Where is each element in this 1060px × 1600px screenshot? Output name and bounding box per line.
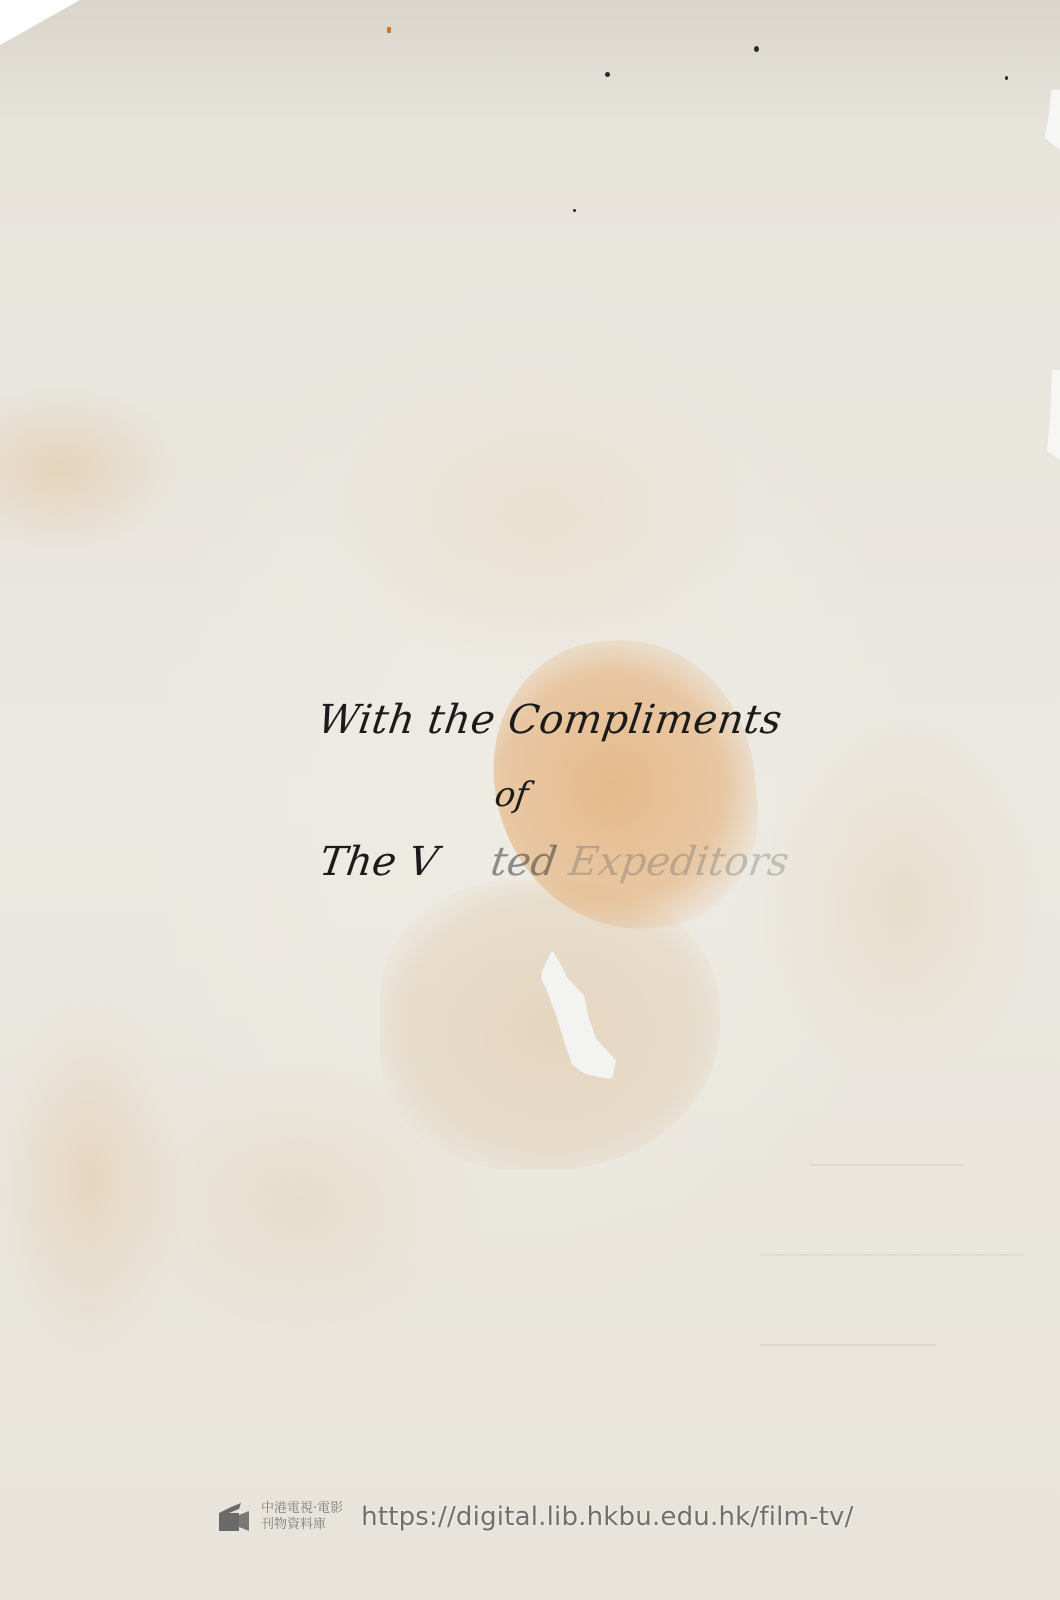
film-camera-icon [215,1499,251,1535]
speck [573,209,576,212]
speck [387,27,391,33]
inscription-line-3-faded: ted [488,839,560,885]
inscription-line-3: The V ted Expeditors [317,842,791,882]
edge-tear [1044,370,1060,460]
inscription-line-1: With the Compliments [315,700,784,740]
watermark-chinese-line-1: 中港電視‧電影 [261,1501,343,1517]
inscription-line-2: of [493,778,531,812]
speck [1005,76,1008,80]
edge-tear [1038,90,1060,150]
bleed-through-text: ———————————— [760,1240,1024,1266]
scanned-page: ——————— ———————————— ———————— With the C… [0,0,1060,1600]
bleed-through-text: ———————— [760,1330,936,1356]
inscription-line-3-very-faded: Expeditors [566,839,792,885]
speck [605,72,610,77]
inscription-line-3-visible: The V [317,839,441,885]
library-watermark: 中港電視‧電影 刊物資料庫 https://digital.lib.hkbu.e… [215,1495,854,1539]
watermark-chinese-line-2: 刊物資料庫 [261,1517,343,1533]
watermark-url: https://digital.lib.hkbu.edu.hk/film-tv/ [361,1502,853,1532]
torn-corner [0,0,80,45]
speck [754,46,759,52]
bleed-through-text: ——————— [810,1150,964,1176]
watermark-chinese-text: 中港電視‧電影 刊物資料庫 [261,1501,343,1533]
